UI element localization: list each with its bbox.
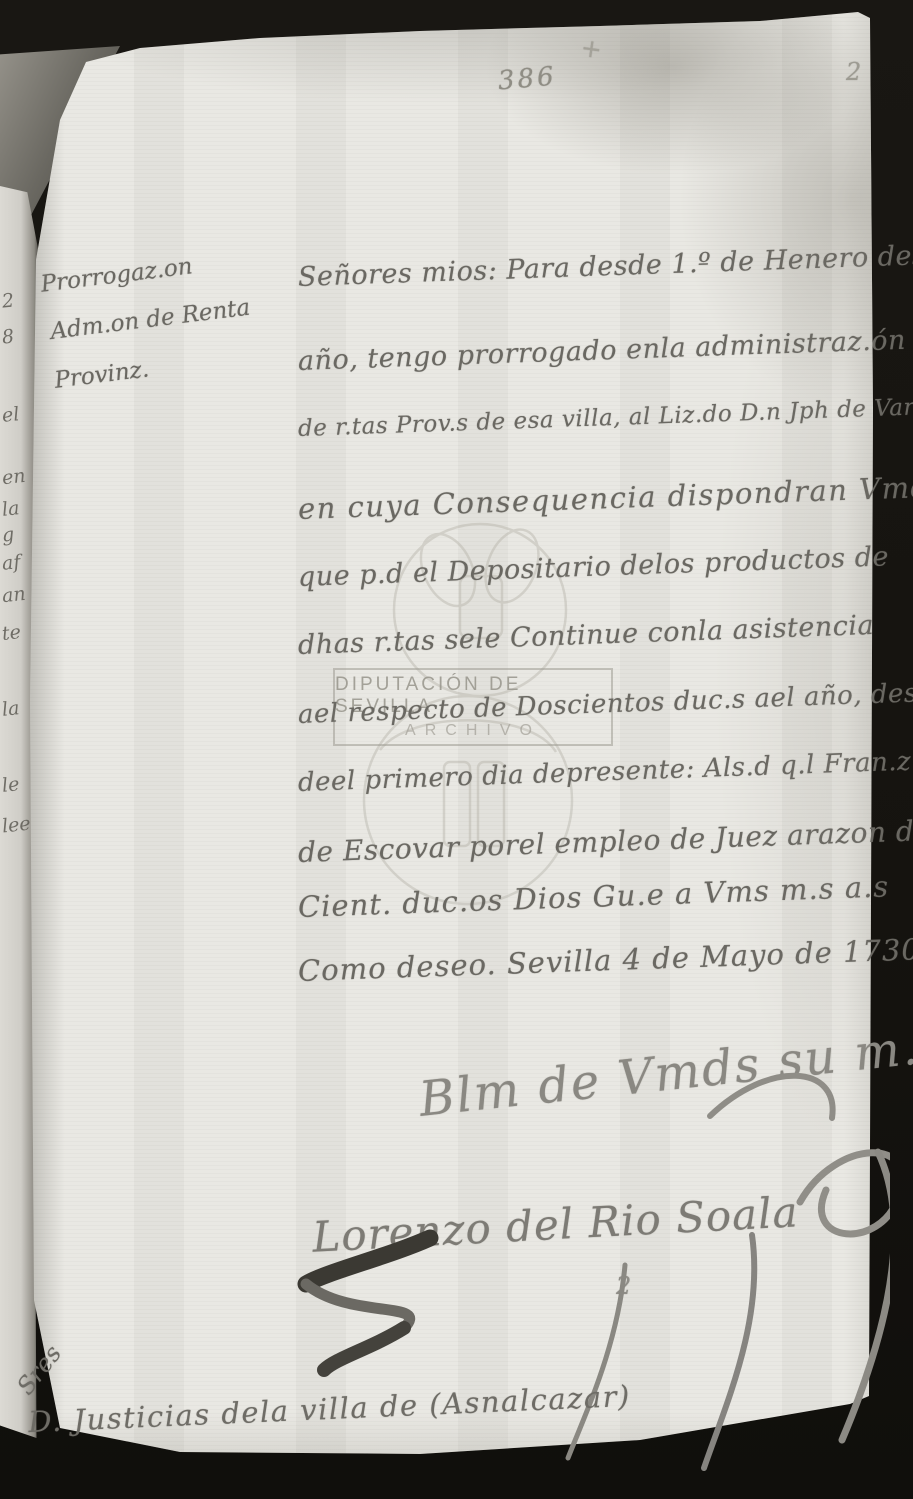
edge-text-fragment: lee <box>1 813 32 838</box>
edge-text-fragment: g <box>1 523 15 546</box>
edge-text-fragment: la <box>1 497 21 521</box>
top-cross-mark: + <box>579 33 604 65</box>
signature-small-mark: 2 <box>616 1272 631 1300</box>
manuscript-scan-page: 2 8 el en la g af an te la le lee DIPUTA… <box>0 0 913 1499</box>
edge-text-fragment: te <box>1 621 22 645</box>
edge-text-fragment: en <box>1 465 27 489</box>
edge-text-fragment: el <box>1 403 21 427</box>
corner-page-mark: 2 <box>846 58 861 86</box>
edge-text-fragment: la <box>1 697 21 721</box>
edge-text-fragment: af <box>1 551 22 575</box>
folio-number: 386 <box>497 62 558 97</box>
edge-text-fragment: 2 <box>1 289 15 312</box>
edge-text-fragment: an <box>1 583 27 607</box>
edge-text-fragment: le <box>1 773 21 797</box>
margin-docket-note: Prorrogaz.on Adm.on de Renta Provinz. <box>38 236 259 405</box>
edge-text-fragment: 8 <box>1 325 15 348</box>
